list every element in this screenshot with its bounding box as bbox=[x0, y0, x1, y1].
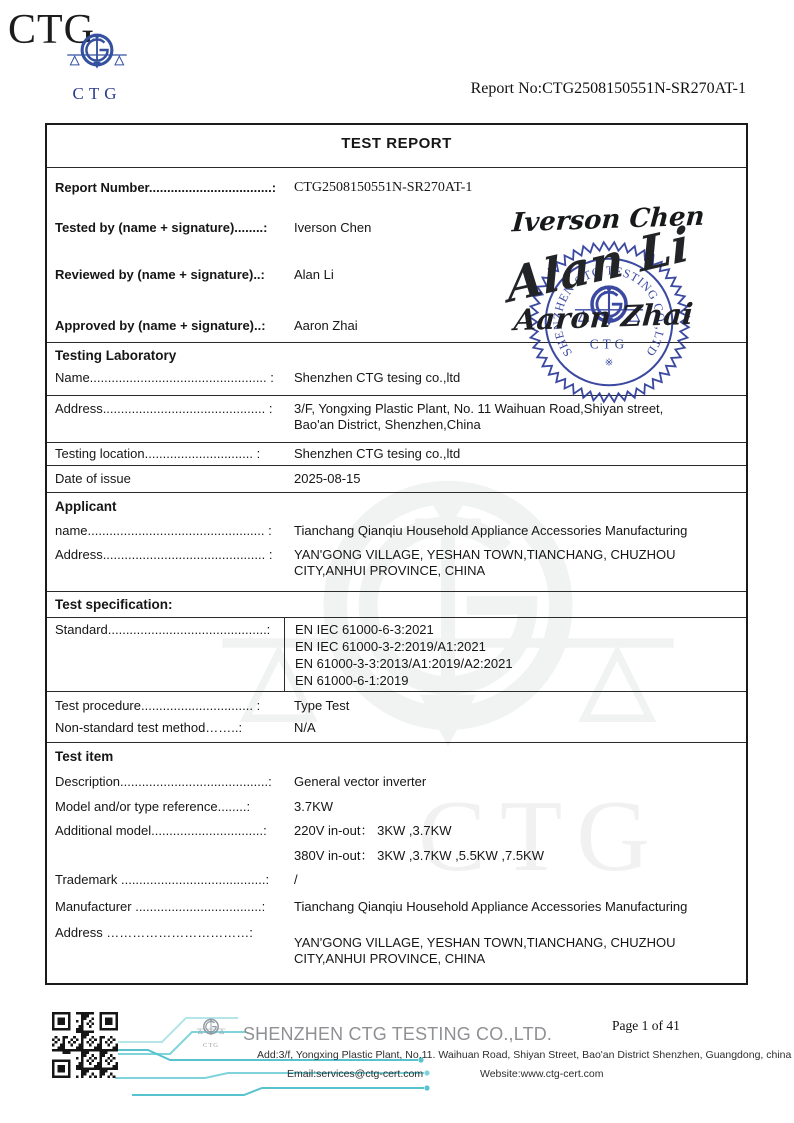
field-applicant-name: name....................................… bbox=[47, 523, 746, 539]
field-label: Address ……………………………: bbox=[55, 925, 285, 941]
field-label: Non-standard test method……..: bbox=[55, 720, 285, 736]
field-label: Name....................................… bbox=[55, 370, 285, 386]
field-lab-name: Name....................................… bbox=[47, 370, 746, 386]
field-label: Approved by (name + signature)..: bbox=[55, 318, 285, 334]
test-spec-header-block: Test specification: bbox=[47, 592, 746, 618]
value-line: YAN'GONG VILLAGE, YESHAN TOWN,TIANCHANG,… bbox=[294, 935, 675, 951]
lab-header-block: Testing Laboratory Name.................… bbox=[47, 343, 746, 396]
field-manufacturer: Manufacturer ...........................… bbox=[47, 899, 746, 915]
field-label: Report Number...........................… bbox=[55, 180, 285, 196]
section-test-item: Test item bbox=[47, 749, 746, 765]
footer-ctg-logo-icon bbox=[192, 1014, 230, 1044]
standard-values: EN IEC 61000-6-3:2021 EN IEC 61000-3-2:2… bbox=[285, 618, 513, 691]
field-value: YAN'GONG VILLAGE, YESHAN TOWN,TIANCHANG,… bbox=[294, 547, 675, 579]
field-value: Iverson Chen bbox=[294, 220, 371, 236]
field-value: 3.7KW bbox=[294, 799, 333, 815]
value-line: CITY,ANHUI PROVINCE, CHINA bbox=[294, 951, 675, 967]
ctg-logo-caption: CTG bbox=[58, 84, 136, 104]
field-label: Reviewed by (name + signature)..: bbox=[55, 267, 285, 283]
field-label: Additional model........................… bbox=[55, 823, 285, 839]
field-value: General vector inverter bbox=[294, 774, 426, 790]
field-label: Test procedure..........................… bbox=[55, 698, 285, 714]
field-value: 220V in-out： 3KW ,3.7KW 380V in-out： 3KW… bbox=[294, 823, 544, 864]
field-value: 2025-08-15 bbox=[294, 471, 361, 487]
field-test-procedure: Test procedure..........................… bbox=[47, 698, 746, 714]
value-line: 220V in-out： 3KW ,3.7KW bbox=[294, 823, 544, 839]
field-value: 3/F, Yongxing Plastic Plant, No. 11 Waih… bbox=[294, 401, 663, 433]
field-label: Tested by (name + signature)........: bbox=[55, 220, 285, 236]
value-line: CITY,ANHUI PROVINCE, CHINA bbox=[294, 563, 675, 579]
lab-address-block: Address.................................… bbox=[47, 396, 746, 443]
field-applicant-address: Address.................................… bbox=[47, 547, 746, 579]
field-label: Manufacturer ...........................… bbox=[55, 899, 285, 915]
field-value: Tianchang Qianqiu Household Appliance Ac… bbox=[294, 523, 687, 539]
field-label: name....................................… bbox=[55, 523, 285, 539]
field-value: Aaron Zhai bbox=[294, 318, 358, 334]
field-value: Shenzhen CTG tesing co.,ltd bbox=[294, 446, 460, 462]
procedure-block: Test procedure..........................… bbox=[47, 692, 746, 743]
field-value: CTG2508150551N-SR270AT-1 bbox=[294, 180, 472, 196]
value-line: 3/F, Yongxing Plastic Plant, No. 11 Waih… bbox=[294, 401, 663, 417]
field-date-of-issue: Date of issue 2025-08-15 bbox=[47, 471, 746, 487]
field-label: Model and/or type reference........: bbox=[55, 799, 285, 815]
field-label: Address.................................… bbox=[55, 401, 285, 417]
field-label: Trademark ..............................… bbox=[55, 872, 285, 888]
field-value: Type Test bbox=[294, 698, 349, 714]
applicant-block: Applicant name..........................… bbox=[47, 493, 746, 592]
field-label: Testing location........................… bbox=[55, 446, 285, 462]
field-label: Address.................................… bbox=[55, 547, 285, 563]
page-title: TEST REPORT bbox=[47, 125, 746, 168]
field-value: Shenzhen CTG tesing co.,ltd bbox=[294, 370, 460, 386]
footer-address: Add:3/f, Yongxing Plastic Plant, No.11. … bbox=[257, 1049, 791, 1061]
standard-line: EN IEC 61000-6-3:2021 bbox=[295, 621, 513, 638]
section-test-specification: Test specification: bbox=[47, 597, 746, 613]
test-item-block: Test item Description...................… bbox=[47, 743, 746, 967]
field-reviewed-by: Reviewed by (name + signature)..: Alan L… bbox=[47, 267, 746, 283]
field-non-standard: Non-standard test method……..: N/A bbox=[47, 720, 746, 736]
field-description: Description.............................… bbox=[47, 774, 746, 790]
field-approved-by: Approved by (name + signature)..: Aaron … bbox=[47, 318, 746, 334]
standard-line: EN IEC 61000-3-2:2019/A1:2021 bbox=[295, 638, 513, 655]
field-label: Standard................................… bbox=[47, 618, 285, 691]
footer-email: Email:services@ctg-cert.com bbox=[287, 1068, 423, 1080]
date-of-issue-block: Date of issue 2025-08-15 bbox=[47, 466, 746, 493]
field-model: Model and/or type reference........: 3.7… bbox=[47, 799, 746, 815]
footer-company-name: SHENZHEN CTG TESTING CO.,LTD. bbox=[243, 1023, 552, 1045]
field-tested-by: Tested by (name + signature)........: Iv… bbox=[47, 220, 746, 236]
footer-website: Website:www.ctg-cert.com bbox=[480, 1068, 604, 1080]
field-testing-location: Testing location........................… bbox=[47, 446, 746, 462]
standard-block: Standard................................… bbox=[47, 618, 746, 692]
field-value: N/A bbox=[294, 720, 316, 736]
value-line: YAN'GONG VILLAGE, YESHAN TOWN,TIANCHANG,… bbox=[294, 547, 675, 563]
report-table: TEST REPORT Report Number...............… bbox=[45, 123, 748, 985]
field-value: / bbox=[294, 872, 298, 888]
document-page: CTG CTG Report No:CTG2508150551N-SR270AT… bbox=[0, 0, 794, 1123]
section-testing-laboratory: Testing Laboratory bbox=[47, 348, 746, 364]
field-value: Alan Li bbox=[294, 267, 334, 283]
field-additional-model: Additional model........................… bbox=[47, 823, 746, 864]
testing-location-block: Testing location........................… bbox=[47, 443, 746, 466]
page-number: Page 1 of 41 bbox=[612, 1018, 680, 1034]
field-label: Date of issue bbox=[55, 471, 285, 487]
value-line: Bao'an District, Shenzhen,China bbox=[294, 417, 663, 433]
field-value: Tianchang Qianqiu Household Appliance Ac… bbox=[294, 899, 687, 915]
field-value: YAN'GONG VILLAGE, YESHAN TOWN,TIANCHANG,… bbox=[294, 935, 675, 967]
report-no: Report No:CTG2508150551N-SR270AT-1 bbox=[471, 80, 746, 98]
value-line: 380V in-out： 3KW ,3.7KW ,5.5KW ,7.5KW bbox=[294, 848, 544, 864]
standard-line: EN 61000-3-3:2013/A1:2019/A2:2021 bbox=[295, 655, 513, 672]
field-lab-address: Address.................................… bbox=[47, 401, 746, 433]
qr-code-icon bbox=[52, 1012, 118, 1078]
field-manufacturer-address: Address ……………………………: YAN'GONG VILLAGE, Y… bbox=[47, 925, 746, 967]
ctg-logo-icon bbox=[58, 24, 136, 86]
signatories-block: Report Number...........................… bbox=[47, 168, 746, 343]
field-report-number: Report Number...........................… bbox=[47, 180, 746, 196]
section-applicant: Applicant bbox=[47, 499, 746, 515]
field-label: Description.............................… bbox=[55, 774, 285, 790]
standard-line: EN 61000-6-1:2019 bbox=[295, 672, 513, 689]
field-trademark: Trademark ..............................… bbox=[47, 872, 746, 888]
